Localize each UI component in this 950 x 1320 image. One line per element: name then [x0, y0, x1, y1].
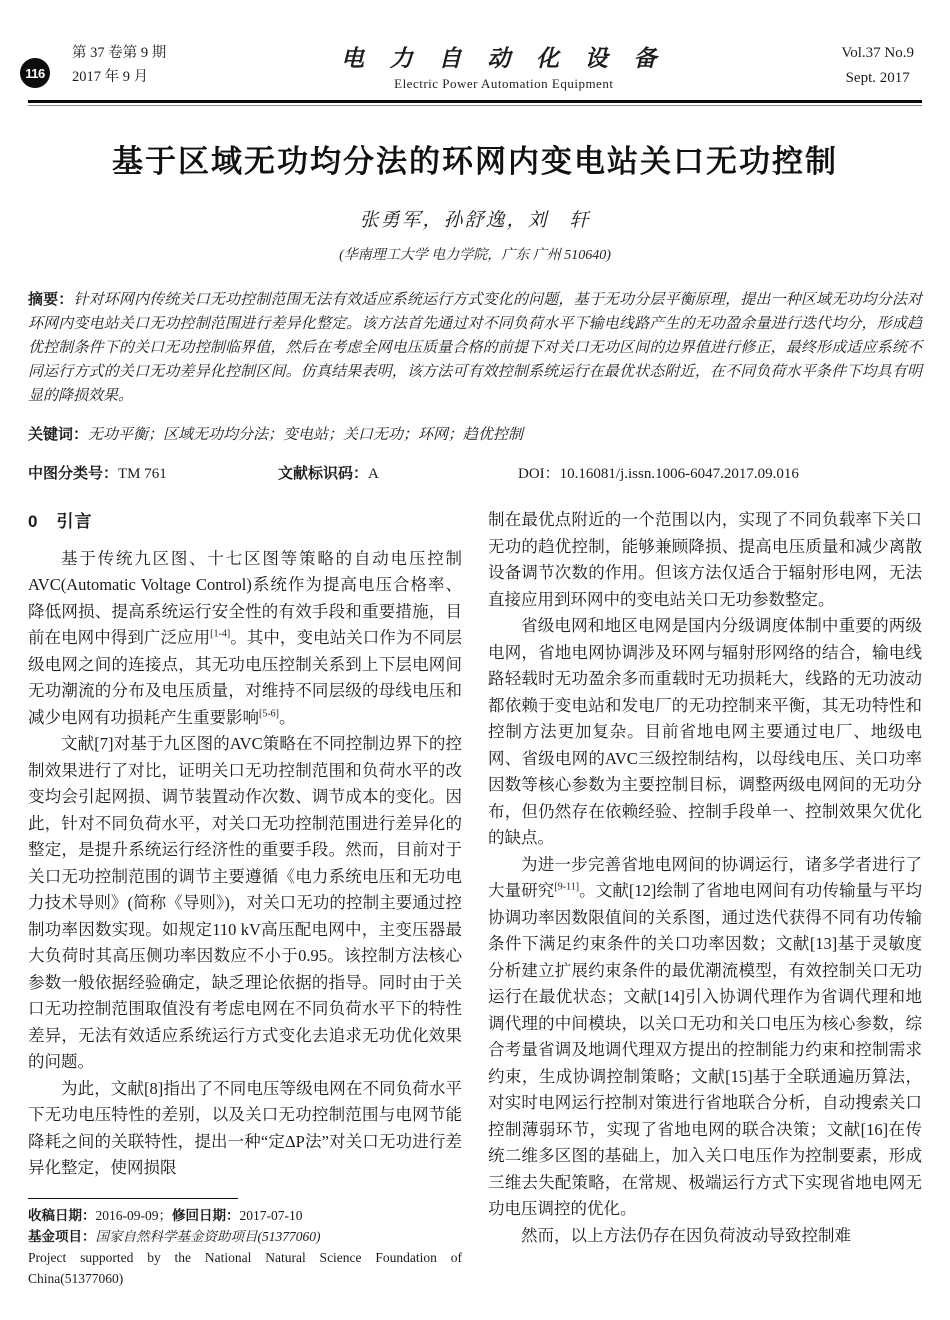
right-paragraphs: 制在最优点附近的一个范围以内，实现了不同负载率下关口无功的趋优控制，能够兼顾降损… — [488, 507, 922, 1249]
header-volume-block: 第 37 卷第 9 期 2017 年 9 月 — [72, 42, 166, 90]
footnote-dates: 收稿日期：2016-09-09；修回日期：2017-07-10 — [28, 1205, 462, 1226]
fund-label: 基金项目： — [28, 1229, 96, 1244]
header-rule-thick — [28, 100, 922, 103]
body-paragraph: 制在最优点附近的一个范围以内，实现了不同负载率下关口无功的趋优控制，能够兼顾降损… — [488, 507, 922, 613]
document-code: 文献标识码：A — [278, 462, 518, 483]
keywords-label: 关键词： — [28, 426, 88, 443]
journal-header: 116 第 37 卷第 9 期 2017 年 9 月 电 力 自 动 化 设 备… — [0, 0, 950, 92]
meta-line: 中图分类号：TM 761 文献标识码：A DOI：10.16081/j.issn… — [28, 462, 922, 483]
revised-label: 修回日期： — [172, 1208, 240, 1223]
doi-value: 10.16081/j.issn.1006-6047.2017.09.016 — [560, 466, 799, 482]
left-column: 0 引言 基于传统九区图、十七区图等策略的自动电压控制AVC(Automatic… — [28, 507, 462, 1289]
keywords-text: 无功平衡；区域无功均分法；变电站；关口无功；环网；趋优控制 — [88, 427, 523, 443]
body-paragraph: 省级电网和地区电网是国内分级调度体制中重要的两级电网，省地电网协调涉及环网与辐射… — [488, 613, 922, 852]
clc-label: 中图分类号： — [28, 465, 118, 482]
footnote-fund: 基金项目：国家自然科学基金资助项目(51377060) — [28, 1226, 462, 1247]
journal-title-en: Electric Power Automation Equipment — [166, 76, 841, 92]
date-cn: 2017 年 9 月 — [72, 66, 166, 90]
body-paragraph: 为进一步完善省地电网间的协调运行，诸多学者进行了大量研究[9-11]。文献[12… — [488, 852, 922, 1223]
revised-value: 2017-07-10 — [240, 1208, 303, 1223]
keywords-line: 关键词：无功平衡；区域无功均分法；变电站；关口无功；环网；趋优控制 — [28, 423, 922, 447]
page-number-badge: 116 — [20, 58, 50, 88]
journal-title-cn: 电 力 自 动 化 设 备 — [166, 40, 841, 73]
doc-code-label: 文献标识码： — [278, 465, 368, 482]
received-label: 收稿日期： — [28, 1208, 96, 1223]
body-paragraph: 基于传统九区图、十七区图等策略的自动电压控制AVC(Automatic Volt… — [28, 546, 462, 732]
received-value: 2016-09-09； — [96, 1208, 173, 1223]
citation-superscript: [1-4] — [210, 629, 230, 640]
right-column: 制在最优点附近的一个范围以内，实现了不同负载率下关口无功的趋优控制，能够兼顾降损… — [488, 507, 922, 1289]
abstract-text: 针对环网内传统关口无功控制范围无法有效适应系统运行方式变化的问题，基于无功分层平… — [28, 292, 922, 404]
volume-en: Vol.37 No.9 — [841, 41, 914, 67]
affiliation-line: (华南理工大学 电力学院，广东 广州 510640) — [0, 244, 950, 264]
header-journal-block: 电 力 自 动 化 设 备 Electric Power Automation … — [166, 40, 841, 92]
footnote-rule — [28, 1198, 238, 1199]
paper-page: 116 第 37 卷第 9 期 2017 年 9 月 电 力 自 动 化 设 备… — [0, 0, 950, 1320]
paper-title: 基于区域无功均分法的环网内变电站关口无功控制 — [0, 136, 950, 181]
citation-superscript: [9-11] — [554, 882, 579, 893]
clc-number: 中图分类号：TM 761 — [28, 462, 278, 483]
section-heading: 0 引言 — [28, 509, 462, 536]
authors-line: 张勇军，孙舒逸，刘 轩 — [0, 205, 950, 232]
header-rule-thin — [28, 105, 922, 106]
front-matter: 摘要：针对环网内传统关口无功控制范围无法有效适应系统运行方式变化的问题，基于无功… — [0, 288, 950, 483]
left-paragraphs: 基于传统九区图、十七区图等策略的自动电压控制AVC(Automatic Volt… — [28, 546, 462, 1182]
header-divider — [28, 100, 922, 106]
abstract-label: 摘要： — [28, 291, 73, 308]
body-paragraph: 为此，文献[8]指出了不同电压等级电网在不同负荷水平下无功电压特性的差别，以及关… — [28, 1076, 462, 1182]
body-paragraph: 文献[7]对基于九区图的AVC策略在不同控制边界下的控制效果进行了对比，证明关口… — [28, 731, 462, 1076]
volume-cn: 第 37 卷第 9 期 — [72, 42, 166, 66]
doc-code-value: A — [368, 466, 379, 482]
footnote-block: 收稿日期：2016-09-09；修回日期：2017-07-10 基金项目：国家自… — [28, 1198, 462, 1289]
doi: DOI：10.16081/j.issn.1006-6047.2017.09.01… — [518, 462, 922, 483]
fund-value: 国家自然科学基金资助项目(51377060) — [96, 1229, 321, 1244]
header-issue-block: Vol.37 No.9 Sept. 2017 — [841, 41, 914, 92]
clc-value: TM 761 — [118, 466, 167, 482]
date-en: Sept. 2017 — [841, 66, 914, 92]
doi-label: DOI： — [518, 466, 560, 482]
citation-superscript: [5-6] — [259, 708, 279, 719]
body-paragraph: 然而，以上方法仍存在因负荷波动导致控制难 — [488, 1223, 922, 1250]
body-columns: 0 引言 基于传统九区图、十七区图等策略的自动电压控制AVC(Automatic… — [0, 507, 950, 1289]
abstract-paragraph: 摘要：针对环网内传统关口无功控制范围无法有效适应系统运行方式变化的问题，基于无功… — [28, 288, 922, 408]
footnote-project-en: Project supported by the National Natura… — [28, 1247, 462, 1289]
